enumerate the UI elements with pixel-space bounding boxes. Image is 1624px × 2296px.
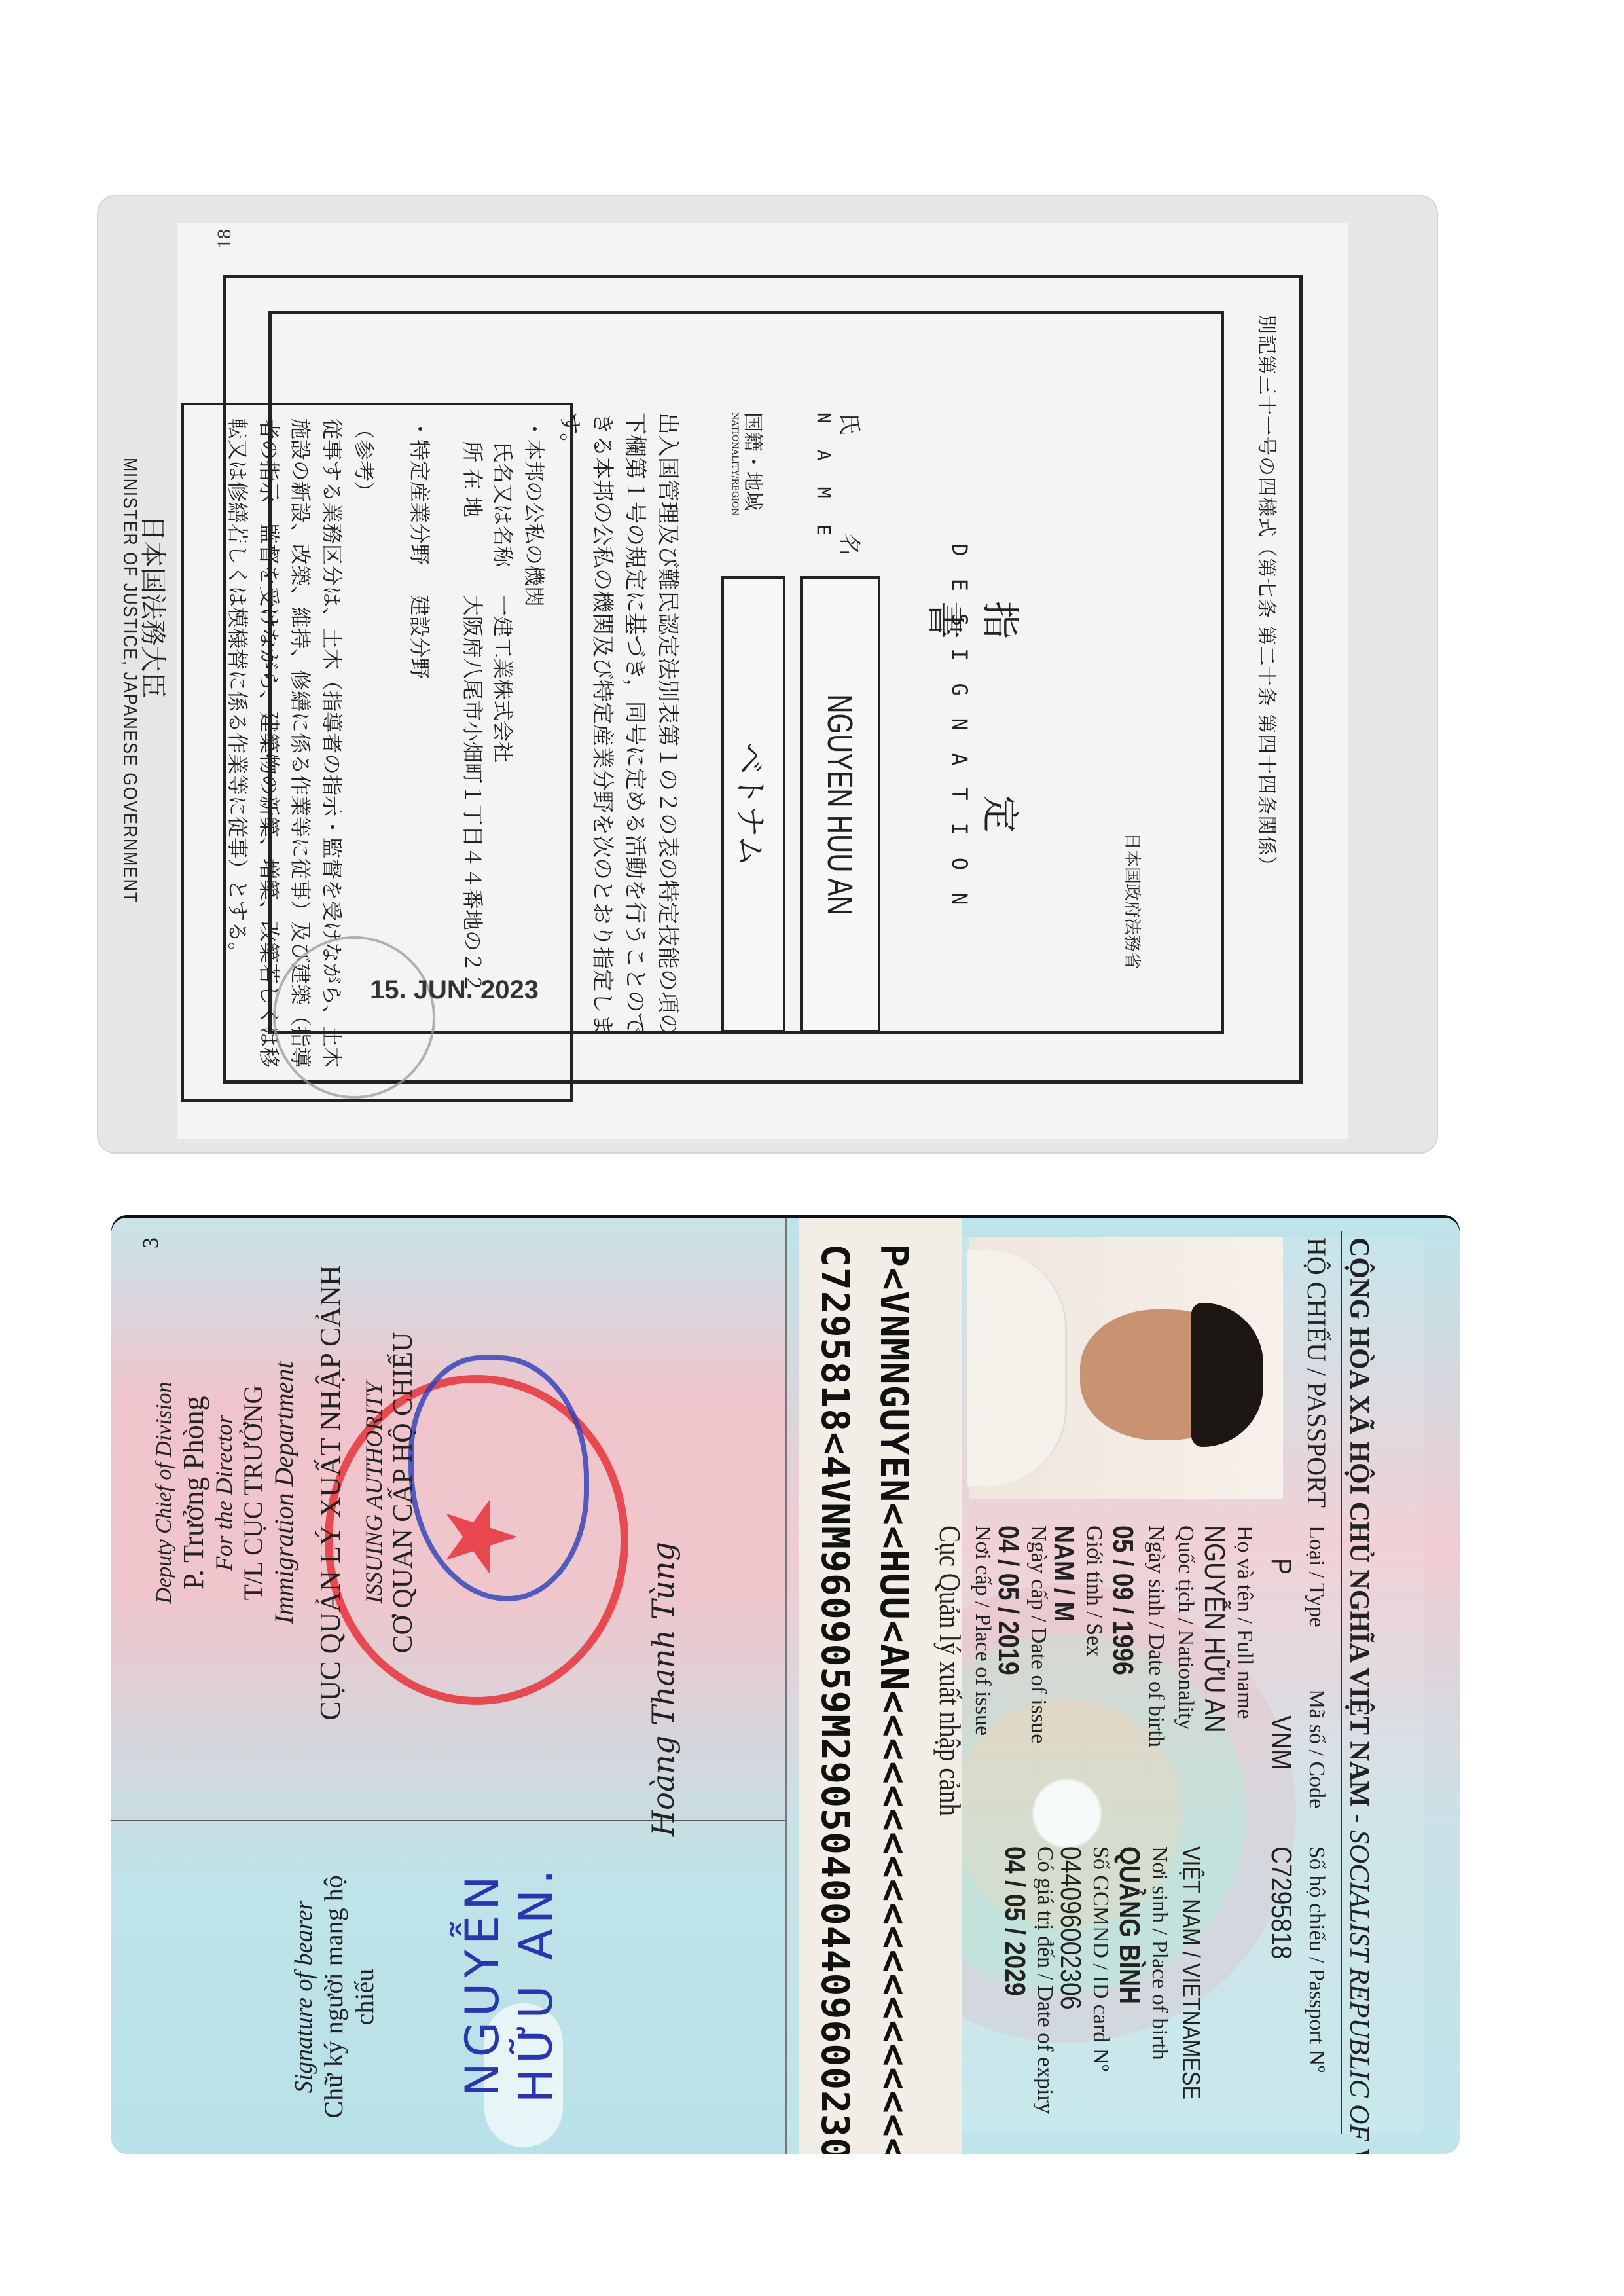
name-label-en: NAME bbox=[813, 412, 835, 561]
place-of-issue-value: Cục Quản lý xuất nhập cảnh bbox=[933, 1525, 967, 1816]
document-title: HỘ CHIẾU / PASSPORT bbox=[1301, 1237, 1332, 1508]
officer-name: Hoàng Thanh Tùng bbox=[645, 1525, 681, 1853]
inner-frame: 日本国政府法務省 指 定 書 DESIGNATION 氏 名 NAME NGUY… bbox=[268, 311, 1224, 1034]
dob-value: 05 / 09 / 1996 bbox=[1106, 1525, 1139, 1675]
issue-date-label: Ngày cấp / Date of issue bbox=[1026, 1525, 1051, 1743]
photo-shirt bbox=[967, 1250, 1067, 1486]
data-page-content: CỘNG HÒA XÃ HỘI CHỦ NGHĨA VIỆT NAM - SOC… bbox=[785, 1218, 1460, 2154]
issuing-authority-block: Deputy Chief of Division P. Trưởng Phòng… bbox=[152, 1244, 419, 1741]
page-number: 3 bbox=[139, 1237, 164, 1248]
type-label: Loại / Type bbox=[1304, 1525, 1329, 1628]
sex-value: NAM / M bbox=[1047, 1525, 1080, 1622]
issue-date-value: 04 / 05 / 2019 bbox=[992, 1525, 1024, 1675]
pob-value: QUẢNG BÌNH bbox=[1113, 1846, 1146, 2004]
signature-divider bbox=[111, 1820, 785, 1821]
deputy-en: Deputy Chief of Division bbox=[152, 1244, 177, 1741]
expiry-value: 04 / 05 / 2029 bbox=[998, 1846, 1031, 1996]
signature-label-vn: Chữ ký người mang hộ chiếu bbox=[318, 1859, 380, 2134]
document-title-en: DESIGNATION bbox=[947, 543, 972, 927]
department-en: Immigration Department bbox=[268, 1244, 299, 1741]
org-name-label: 氏名又は名称 bbox=[489, 441, 519, 567]
reference-label: （参考） bbox=[350, 418, 380, 502]
mrz-zone: Cục Quản lý xuất nhập cảnh P<VNMNGUYEN<<… bbox=[799, 1218, 962, 2154]
intro-paragraph: 出入国管理及び難民認定法別表第１の２の表の特定技能の項の下欄第１号の規定に基づき… bbox=[553, 412, 684, 1041]
country-header-en: SOCIALIST REPUBLIC OF VIETNAM bbox=[1344, 1830, 1374, 2154]
mrz-line-1: P<VNMNGUYEN<<HUU<AN<<<<<<<<<<<<<<<<<<<<<… bbox=[872, 1244, 916, 2154]
department-vn: CỤC QUẢN LÝ XUẤT NHẬP CẢNH bbox=[314, 1244, 347, 1741]
name-field: NGUYEN HUU AN bbox=[800, 576, 880, 1033]
signature-label: Signature of bearer Chữ ký người mang hộ… bbox=[289, 1859, 380, 2134]
for-director-vn: T/L CỤC TRƯỞNG bbox=[238, 1244, 268, 1741]
country-header-vn: CỘNG HÒA XÃ HỘI CHỦ NGHĨA VIỆT NAM - bbox=[1344, 1237, 1374, 1830]
minister-en: MINISTER OF JUSTICE, JAPANESE GOVERNMENT bbox=[118, 458, 141, 903]
passport-no-label: Số hộ chiếu / Passport Nº bbox=[1304, 1846, 1329, 2073]
org-name-value: 一建工業株式会社 bbox=[489, 595, 519, 763]
photo-hair bbox=[1191, 1303, 1263, 1447]
issuing-authority-en: ISSUING AUTHORITY bbox=[360, 1244, 388, 1741]
code-label: Mã số / Code bbox=[1304, 1689, 1329, 1808]
name-label-jp: 氏 名 bbox=[835, 412, 867, 602]
entry-stamp bbox=[273, 936, 435, 1099]
page-number: 18 bbox=[213, 229, 236, 249]
pob-label: Nơi sinh / Place of birth bbox=[1147, 1846, 1172, 2060]
signature-label-en: Signature of bearer bbox=[289, 1859, 318, 2134]
nationality-value: VIỆT NAM / VIETNAMESE bbox=[1176, 1846, 1204, 2100]
industry-label: ・特定産業分野 bbox=[406, 418, 436, 565]
nationality-label-en: NATIONALITY/REGION bbox=[730, 412, 740, 516]
name-value: NGUYEN HUU AN bbox=[820, 694, 861, 915]
org-address-label: 所 在 地 bbox=[459, 441, 489, 517]
left-page-content: ★ Deputy Chief of Division P. Trưởng Phò… bbox=[111, 1218, 785, 2154]
full-name-value: NGUYỄN HỮU AN bbox=[1198, 1525, 1231, 1733]
id-card-value: 044096002306 bbox=[1054, 1846, 1087, 2010]
issuing-authority-vn: CƠ QUAN CẤP HỘ CHIẾU bbox=[388, 1244, 419, 1741]
passport-no-value: C7295818 bbox=[1265, 1846, 1297, 1959]
mrz-line-2: C7295818<4VNM9609059M2905040044096002306… bbox=[813, 1244, 857, 2154]
minister-jp: 日本国法務大臣 bbox=[136, 515, 173, 699]
bearer-signature: NGUYỄN HỮU AN. bbox=[456, 1833, 563, 2134]
entry-stamp-date: 15. JUN. 2023 bbox=[370, 975, 539, 1005]
designation-document: 別記第三十一号の四様式（第七条 第二十条 第四十四条関係） 日本国政府法務省 指… bbox=[200, 236, 1329, 1120]
type-value: P bbox=[1265, 1558, 1297, 1575]
for-director-en: For the Director bbox=[210, 1244, 238, 1741]
deputy-vn: P. Trưởng Phòng bbox=[177, 1244, 210, 1741]
nationality-value: ベトナム bbox=[731, 742, 776, 867]
holder-photo bbox=[969, 1237, 1283, 1499]
country-header: CỘNG HÒA XÃ HỘI CHỦ NGHĨA VIỆT NAM - SOC… bbox=[1343, 1237, 1375, 2154]
nationality-label: Quốc tịch / Nationality bbox=[1173, 1525, 1198, 1730]
dob-label: Ngày sinh / Date of birth bbox=[1144, 1525, 1168, 1747]
document-title-jp: 指 定 書 bbox=[921, 601, 1031, 1031]
place-of-issue-label: Nơi cấp / Place of issue bbox=[970, 1525, 995, 1736]
passport-spread: ★ Deputy Chief of Division P. Trưởng Phò… bbox=[111, 1218, 1460, 2154]
header-divider bbox=[1341, 1231, 1342, 2134]
form-reference: 別記第三十一号の四様式（第七条 第二十条 第四十四条関係） bbox=[1254, 314, 1283, 876]
sex-label: Giới tính / Sex bbox=[1081, 1525, 1106, 1656]
organization-heading: ・本邦の公私の機関 bbox=[520, 418, 550, 607]
id-card-label: Số GCMND / ID card Nº bbox=[1088, 1846, 1113, 2071]
nationality-label-jp: 国籍・地域 bbox=[740, 412, 769, 511]
org-address-value: 大阪府八尾市小畑町１丁目４４番地の２２ bbox=[459, 595, 489, 993]
ministry-label: 日本国政府法務省 bbox=[1121, 833, 1146, 969]
nationality-field: ベトナム bbox=[721, 576, 785, 1033]
full-name-label: Họ và tên / Full name bbox=[1232, 1525, 1257, 1719]
industry-value: 建設分野 bbox=[406, 595, 436, 679]
expiry-label: Có giá trị đến / Date of expiry bbox=[1032, 1846, 1057, 2114]
code-value: VNM bbox=[1265, 1715, 1297, 1770]
